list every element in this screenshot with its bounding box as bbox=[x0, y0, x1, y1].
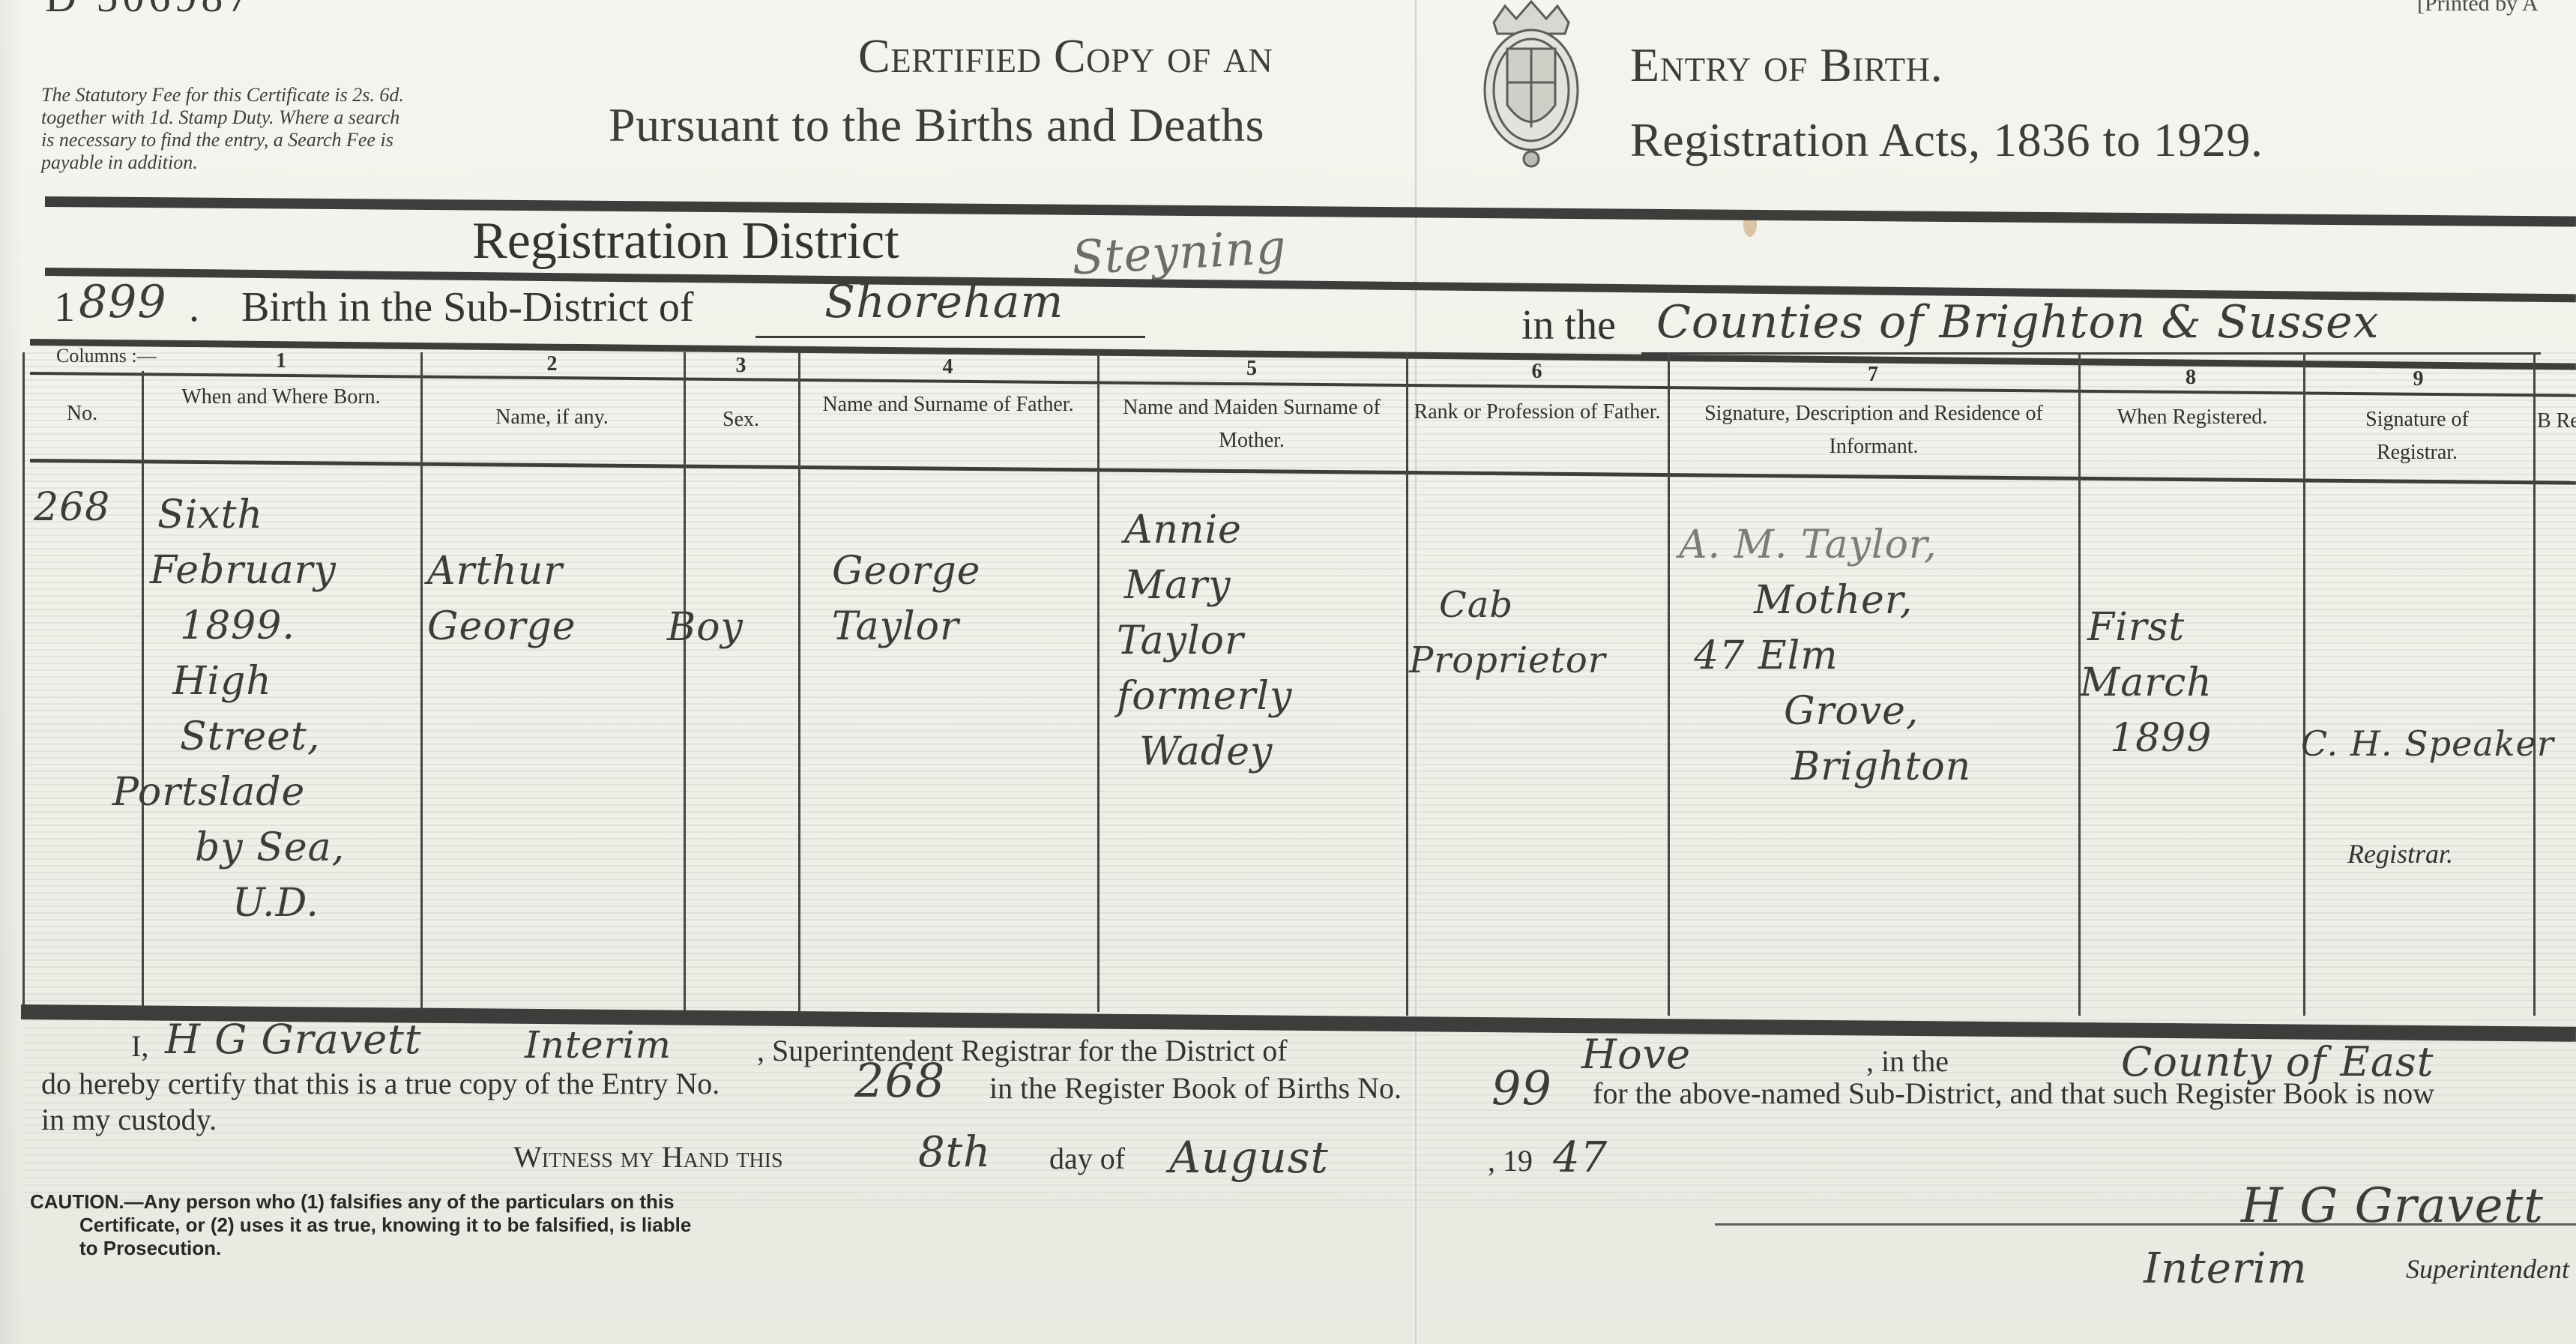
caution-line: Certificate, or (2) uses it as true, kno… bbox=[30, 1214, 691, 1237]
born-line: U.D. bbox=[150, 876, 420, 931]
certification-district: Hove bbox=[1581, 1031, 1691, 1078]
subdistrict-label: Birth in the Sub-District of bbox=[241, 283, 694, 331]
royal-coat-of-arms-icon bbox=[1471, 0, 1591, 180]
profession-line: Proprietor bbox=[1409, 633, 1606, 688]
column-header-father: Name and Surname of Father. bbox=[806, 388, 1091, 421]
subdistrict-underline bbox=[755, 336, 1145, 338]
registrar-label: Registrar. bbox=[2347, 838, 2453, 870]
informant-line: 47 Elm bbox=[1679, 628, 1971, 684]
witness-year-suffix: 47 bbox=[1553, 1133, 1608, 1182]
fee-note-line: The Statutory Fee for this Certificate i… bbox=[41, 84, 551, 106]
column-divider bbox=[1406, 352, 1408, 1016]
witness-year-prefix: , 19 bbox=[1488, 1143, 1533, 1178]
born-line: Street, bbox=[150, 709, 420, 765]
superintendent-title-label: Superintendent bbox=[2406, 1253, 2569, 1285]
profession-line: Cab bbox=[1409, 577, 1606, 633]
year-suffix: . bbox=[189, 283, 199, 331]
title-certified-copy: Certified Copy of an bbox=[858, 28, 1273, 84]
entry-when-where-born: Sixth February 1899. High Street, Portsl… bbox=[150, 487, 420, 931]
registration-district-value: Steyning bbox=[1070, 220, 1288, 286]
caution-lead: CAUTION. bbox=[30, 1190, 124, 1213]
registered-line: First bbox=[2080, 600, 2212, 655]
mother-name-line: Wadey bbox=[1117, 724, 1292, 780]
fee-note-line: is necessary to find the entry, a Search… bbox=[41, 129, 551, 151]
father-name-line: George bbox=[832, 543, 981, 599]
born-line: Portslade bbox=[112, 765, 420, 820]
column-number-8: 8 bbox=[2078, 366, 2303, 390]
column-number-4: 4 bbox=[798, 355, 1097, 379]
witness-label: Witness my Hand this bbox=[513, 1139, 783, 1175]
witness-month: August bbox=[1169, 1132, 1329, 1183]
certification-line2-prefix: do hereby certify that this is a true co… bbox=[41, 1066, 720, 1101]
mother-name-line: Annie bbox=[1117, 502, 1292, 558]
informant-line: Brighton bbox=[1679, 739, 1971, 795]
superintendent-name: H G Gravett bbox=[165, 1016, 422, 1063]
superintendent-title: Interim bbox=[525, 1023, 672, 1067]
column-number-7: 7 bbox=[1668, 363, 2078, 387]
entry-when-registered: First March 1899 bbox=[2080, 600, 2212, 766]
entry-child-name: Arthur George bbox=[427, 543, 576, 654]
statutory-fee-note: The Statutory Fee for this Certificate i… bbox=[41, 84, 551, 174]
certification-line3: in my custody. bbox=[41, 1102, 217, 1137]
column-header-baptismal-name-truncated: B Re bbox=[2537, 405, 2576, 438]
column-number-3: 3 bbox=[684, 354, 798, 378]
day-of-label: day of bbox=[1049, 1141, 1125, 1176]
county-label: in the bbox=[1521, 301, 1616, 349]
column-number-1: 1 bbox=[142, 349, 420, 373]
certification-county-label: , in the bbox=[1866, 1043, 1949, 1079]
caution-notice: CAUTION.—Any person who (1) falsifies an… bbox=[30, 1190, 691, 1260]
fee-note-line: together with 1d. Stamp Duty. Where a se… bbox=[41, 106, 551, 129]
column-divider bbox=[1668, 352, 1670, 1016]
year-prefix: 1 bbox=[54, 283, 75, 331]
table-border-left bbox=[22, 352, 25, 1012]
entry-father-profession: Cab Proprietor bbox=[1409, 577, 1606, 688]
column-header-no: No. bbox=[22, 397, 142, 430]
certification-line1-prefix: I, bbox=[131, 1028, 148, 1064]
column-number-2: 2 bbox=[420, 352, 684, 376]
subdistrict-value: Shoreham bbox=[824, 276, 1064, 328]
column-header-informant: Signature, Description and Residence of … bbox=[1694, 397, 2054, 463]
child-name-line: George bbox=[427, 599, 576, 654]
mother-name-line: Taylor bbox=[1117, 613, 1292, 669]
column-header-father-profession: Rank or Profession of Father. bbox=[1414, 396, 1661, 429]
entry-mother-name: Annie Mary Taylor formerly Wadey bbox=[1117, 502, 1292, 780]
column-header-when-registered: When Registered. bbox=[2091, 401, 2293, 434]
certification-line1-mid: , Superintendent Registrar for the Distr… bbox=[757, 1033, 1288, 1068]
printed-by-note: [Printed by A bbox=[2417, 0, 2539, 16]
column-header-mother: Name and Maiden Surname of Mother. bbox=[1099, 391, 1405, 457]
witness-day: 8th bbox=[918, 1128, 991, 1177]
mother-name-line: formerly bbox=[1117, 669, 1292, 724]
born-line: 1899. bbox=[150, 598, 420, 654]
superintendent-signature: H G Gravett bbox=[2241, 1178, 2544, 1234]
caution-line: to Prosecution. bbox=[30, 1237, 691, 1260]
child-name-line: Arthur bbox=[427, 543, 576, 599]
title-entry-of-birth: Entry of Birth. bbox=[1630, 37, 1943, 93]
registration-district-label: Registration District bbox=[472, 211, 899, 271]
entry-sex: Boy bbox=[667, 600, 743, 655]
caution-line: CAUTION.—Any person who (1) falsifies an… bbox=[30, 1190, 691, 1214]
mother-name-line: Mary bbox=[1117, 558, 1292, 613]
certification-line2-suffix: for the above-named Sub-District, and th… bbox=[1593, 1076, 2434, 1111]
column-divider bbox=[2533, 352, 2536, 1016]
column-number-9: 9 bbox=[2303, 367, 2533, 391]
column-divider bbox=[798, 352, 800, 1012]
certificate-serial-number: D 506987 bbox=[45, 0, 253, 22]
father-name-line: Taylor bbox=[832, 599, 981, 654]
certification-book-no: 99 bbox=[1491, 1061, 1552, 1115]
entry-registrar-signature: C. H. Speaker bbox=[2301, 716, 2554, 771]
column-divider bbox=[420, 352, 423, 1012]
entry-informant: A. M. Taylor, Mother, 47 Elm Grove, Brig… bbox=[1679, 517, 1971, 795]
registered-line: 1899 bbox=[2080, 711, 2212, 766]
column-divider bbox=[142, 371, 144, 1008]
born-line: February bbox=[150, 543, 420, 598]
informant-line: A. M. Taylor, bbox=[1679, 517, 1971, 573]
year-value: 899 bbox=[79, 276, 167, 328]
column-header-registrar-signature: Signature of Registrar. bbox=[2323, 403, 2511, 469]
column-divider bbox=[684, 352, 686, 1012]
caution-text: —Any person who (1) falsifies any of the… bbox=[124, 1190, 675, 1213]
fee-note-line: payable in addition. bbox=[41, 151, 551, 174]
born-line: by Sea, bbox=[150, 820, 420, 876]
column-number-5: 5 bbox=[1097, 357, 1406, 381]
entry-father-name: George Taylor bbox=[832, 543, 981, 654]
informant-line: Grove, bbox=[1679, 684, 1971, 739]
county-underline bbox=[1641, 352, 2541, 355]
born-line: High bbox=[150, 654, 420, 709]
certification-entry-no: 268 bbox=[854, 1053, 945, 1108]
county-value: Counties of Brighton & Sussex bbox=[1656, 296, 2380, 349]
superintendent-signature-title: Interim bbox=[2144, 1244, 2308, 1293]
registered-line: March bbox=[2080, 655, 2212, 711]
column-divider bbox=[2303, 352, 2305, 1016]
column-header-name: Name, if any. bbox=[420, 401, 684, 434]
born-line: Sixth bbox=[150, 487, 420, 543]
certification-line2-mid: in the Register Book of Births No. bbox=[989, 1070, 1402, 1106]
title-registration-acts: Registration Acts, 1836 to 1929. bbox=[1630, 112, 2263, 168]
informant-line: Mother, bbox=[1679, 573, 1971, 628]
column-header-when-where-born: When and Where Born. bbox=[154, 381, 408, 414]
title-pursuant: Pursuant to the Births and Deaths bbox=[609, 97, 1264, 153]
column-number-6: 6 bbox=[1406, 360, 1668, 384]
entry-number: 268 bbox=[34, 480, 110, 535]
column-header-sex: Sex. bbox=[684, 403, 798, 436]
